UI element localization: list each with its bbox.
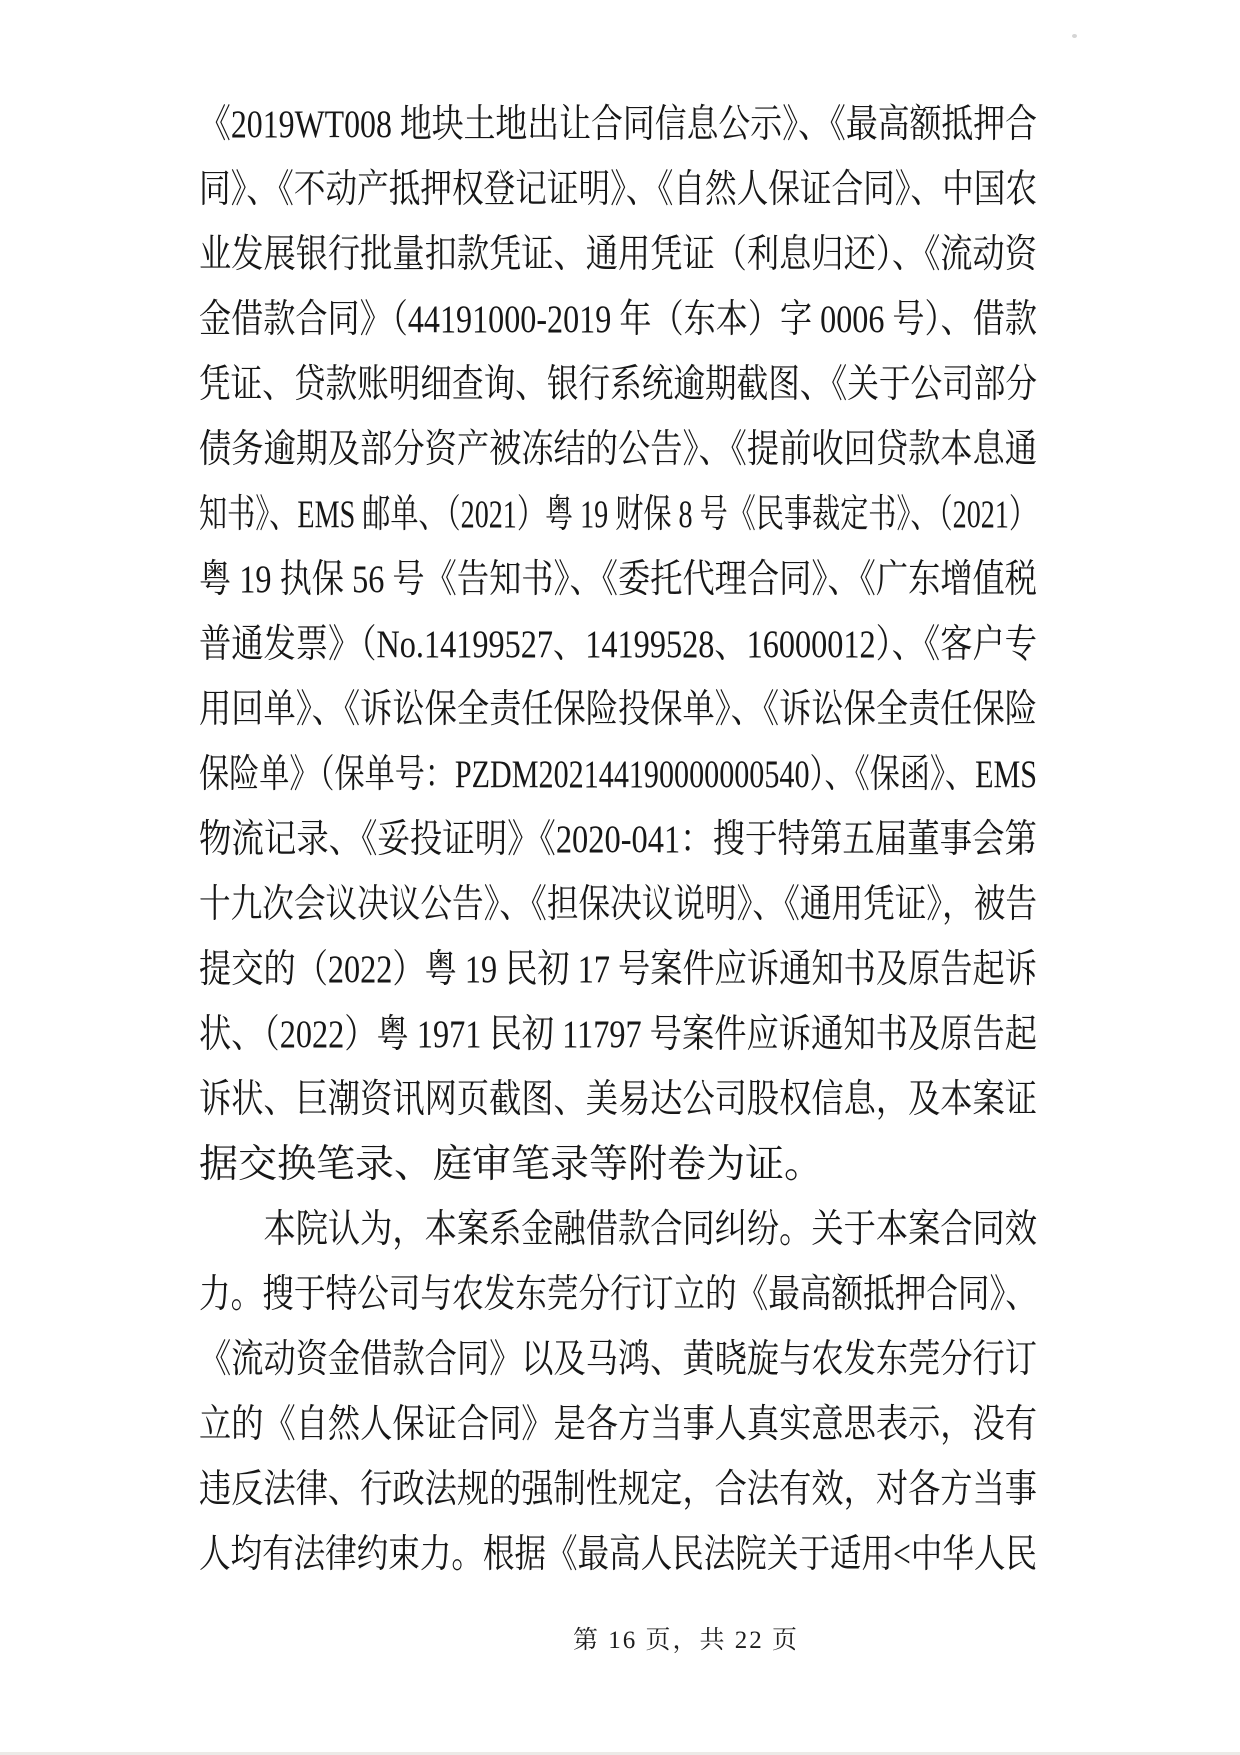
text-line: 《2019WT008 地块土地出让合同信息公示》、《最高额抵押合 [199, 92, 1037, 157]
text-line: 据交换笔录、庭审笔录等附卷为证。 [199, 1132, 1037, 1197]
text-line: 《流动资金借款合同》以及马鸿、黄晓旋与农发东莞分行订 [199, 1327, 1037, 1392]
text-line: 状、（2022）粤 1971 民初 11797 号案件应诉通知书及原告起 [199, 1002, 1037, 1067]
text-line: 违反法律、行政法规的强制性规定，合法有效，对各方当事 [199, 1457, 1037, 1522]
evidence-list-paragraph: 《2019WT008 地块土地出让合同信息公示》、《最高额抵押合 同》、《不动产… [199, 92, 1037, 1197]
text-line: 知书》、EMS 邮单、（2021）粤 19 财保 8 号《民事裁定书》、（202… [199, 482, 1037, 547]
text-line: 业发展银行批量扣款凭证、通用凭证（利息归还）、《流动资 [199, 222, 1037, 287]
scan-artifact-dot [1072, 34, 1077, 38]
text-line: 提交的（2022）粤 19 民初 17 号案件应诉通知书及原告起诉 [199, 937, 1037, 1002]
text-line: 凭证、贷款账明细查询、银行系统逾期截图、《关于公司部分 [199, 352, 1037, 417]
text-line: 十九次会议决议公告》、《担保决议说明》、《通用凭证》，被告 [199, 872, 1037, 937]
text-line: 诉状、巨潮资讯网页截图、美易达公司股权信息，及本案证 [199, 1067, 1037, 1132]
text-line: 债务逾期及部分资产被冻结的公告》、《提前收回贷款本息通 [199, 417, 1037, 482]
judgment-text-block: 《2019WT008 地块土地出让合同信息公示》、《最高额抵押合 同》、《不动产… [199, 92, 1037, 1587]
text-line: 金借款合同》（44191000-2019 年（东本）字 0006 号）、借款 [199, 287, 1037, 352]
page-indicator: 第 16 页，共 22 页 [573, 1627, 799, 1654]
text-line: 保险单》（保单号：PZDM202144190000000540）、《保函》、EM… [199, 742, 1037, 807]
text-line: 力。搜于特公司与农发东莞分行订立的《最高额抵押合同》、 [199, 1262, 1037, 1327]
document-page: 《2019WT008 地块土地出让合同信息公示》、《最高额抵押合 同》、《不动产… [0, 0, 1240, 1755]
text-line: 普通发票》（No.14199527、14199528、16000012）、《客户… [199, 612, 1037, 677]
text-line: 用回单》、《诉讼保全责任保险投保单》、《诉讼保全责任保险 [199, 677, 1037, 742]
text-line: 粤 19 执保 56 号《告知书》、《委托代理合同》、《广东增值税 [199, 547, 1037, 612]
text-line: 物流记录、《妥投证明》《2020-041：搜于特第五届董事会第 [199, 807, 1037, 872]
court-findings-paragraph: 本院认为，本案系金融借款合同纠纷。关于本案合同效 力。搜于特公司与农发东莞分行订… [199, 1197, 1037, 1587]
text-line: 人均有法律约束力。根据《最高人民法院关于适用<中华人民 [199, 1522, 1037, 1587]
page-number-footer: 第 16 页，共 22 页 [199, 1620, 1037, 1656]
text-line: 本院认为，本案系金融借款合同纠纷。关于本案合同效 [199, 1197, 1037, 1262]
text-line: 立的《自然人保证合同》是各方当事人真实意思表示，没有 [199, 1392, 1037, 1457]
text-line: 同》、《不动产抵押权登记证明》、《自然人保证合同》、中国农 [199, 157, 1037, 222]
